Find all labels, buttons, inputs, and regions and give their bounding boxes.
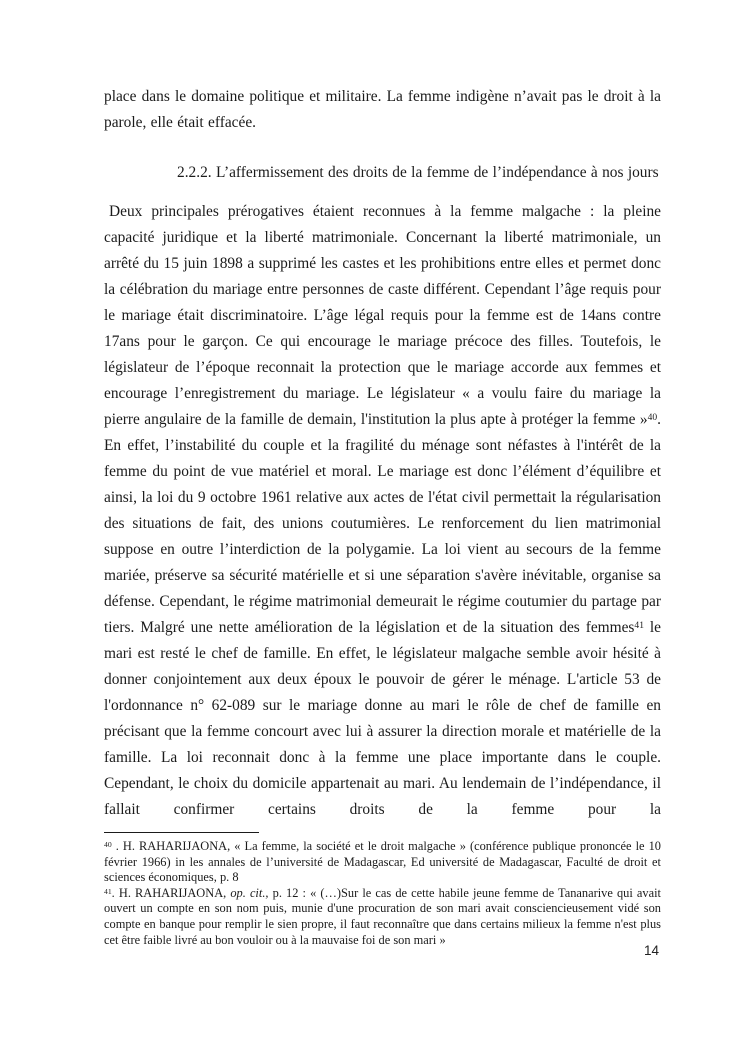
footnote-40-marker: 40	[104, 840, 112, 849]
main-paragraph-text: le mari est resté le chef de famille. En…	[104, 619, 661, 818]
footnote-40: 40 . H. RAHARIJAONA, « La femme, la soci…	[104, 839, 661, 886]
footnote-41-marker: 41	[104, 887, 112, 896]
footnote-41-cited-work: op. cit.,	[230, 886, 268, 900]
footnote-40-text: . H. RAHARIJAONA, « La femme, la société…	[104, 839, 661, 884]
footnote-separator	[104, 832, 259, 833]
main-paragraph-text: . En effet, l’instabilité du couple et l…	[104, 411, 661, 636]
main-paragraph: Deux principales prérogatives étaient re…	[104, 199, 661, 823]
footnote-41-text: . H. RAHARIJAONA,	[112, 886, 231, 900]
footnote-reference-41[interactable]: 41	[634, 620, 644, 631]
page-number: 14	[644, 943, 659, 958]
footnote-reference-40[interactable]: 40	[648, 412, 658, 423]
main-paragraph-text: Deux principales prérogatives étaient re…	[104, 203, 661, 428]
paragraph-continuation: place dans le domaine politique et milit…	[104, 84, 661, 136]
page-body: place dans le domaine politique et milit…	[104, 84, 661, 823]
document-page: place dans le domaine politique et milit…	[0, 0, 745, 1053]
footnote-41: 41. H. RAHARIJAONA, op. cit., p. 12 : « …	[104, 886, 661, 948]
footnotes-section: 40 . H. RAHARIJAONA, « La femme, la soci…	[104, 824, 661, 948]
section-heading: 2.2.2. L’affermissement des droits de la…	[139, 160, 661, 186]
